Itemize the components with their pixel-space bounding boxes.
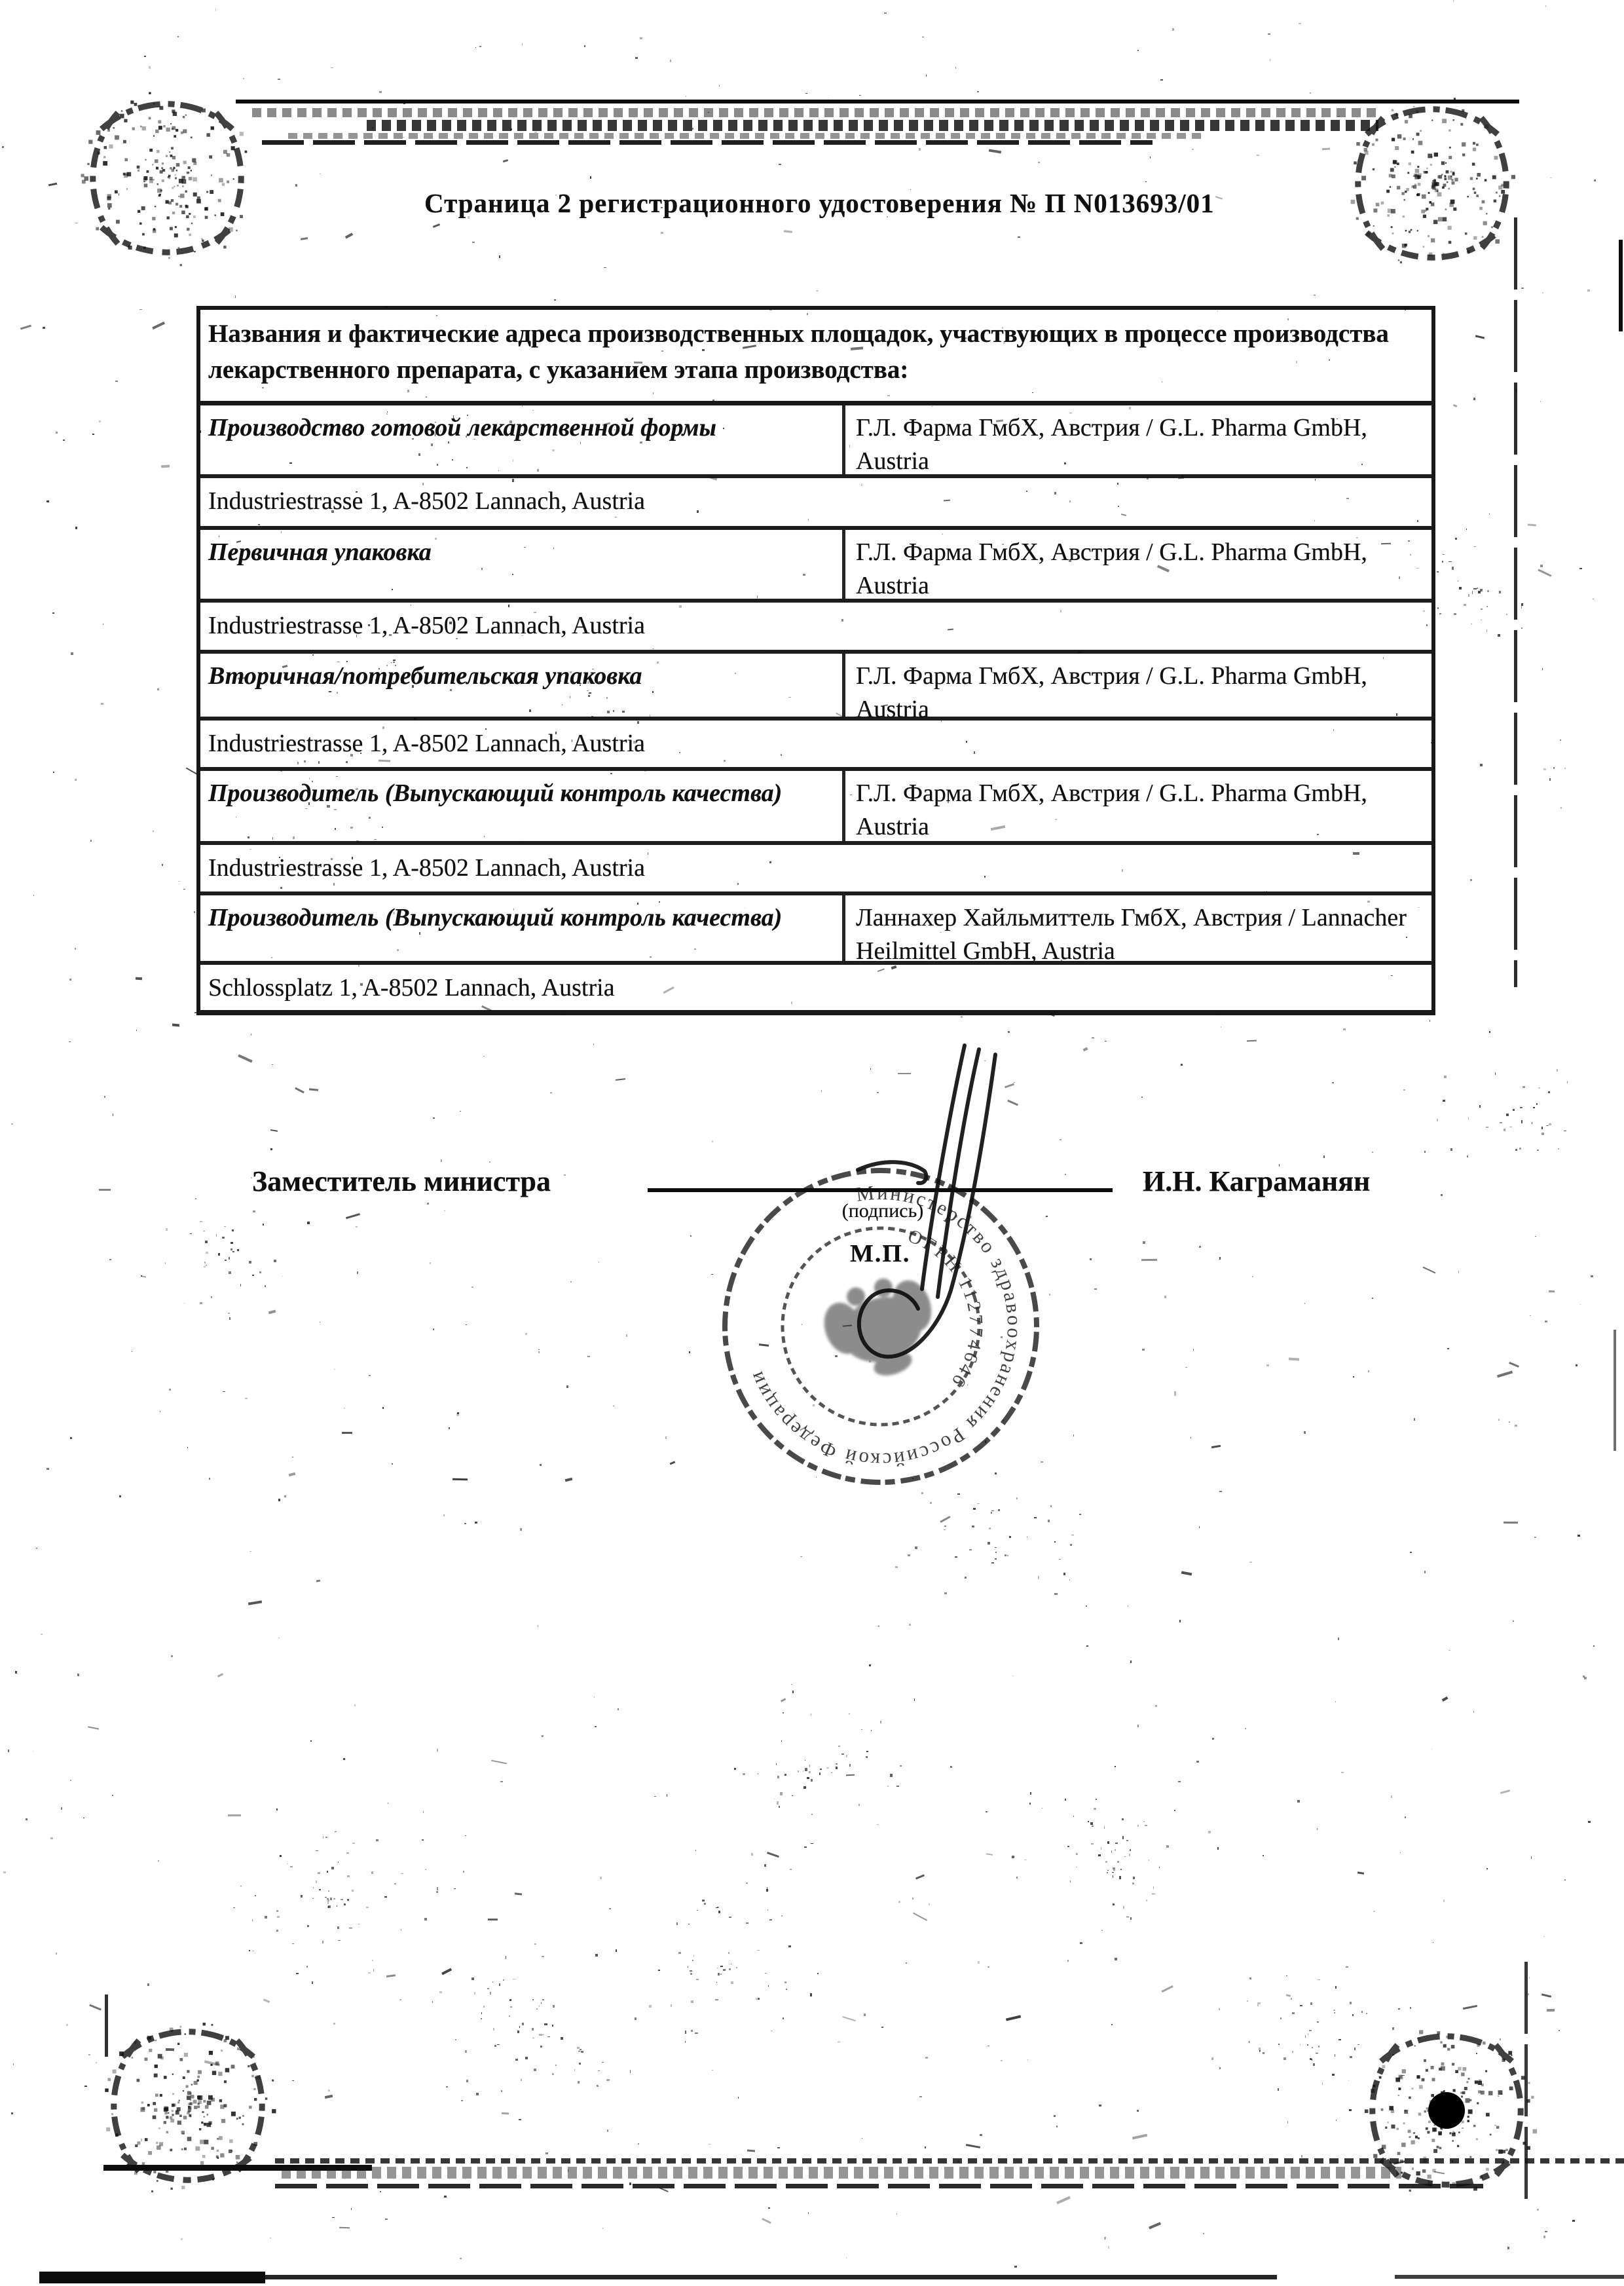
right-edge-line [1619, 240, 1623, 331]
manufacturer-cell: Г.Л. Фарма ГмбХ, Австрия / G.L. Pharma G… [845, 771, 1431, 841]
bottom-border-noise-strip [275, 2158, 1624, 2164]
left-margin-line [105, 1995, 108, 2057]
table-row-address: Industriestrasse 1, A-8502 Lannach, Aust… [200, 603, 1431, 654]
signatory-post: Заместитель министра [252, 1165, 551, 1198]
guilloche-rosette-top-right [1321, 72, 1543, 295]
scan-edge-line [1395, 2275, 1624, 2279]
guilloche-rosette-bottom-left [77, 1995, 299, 2217]
stage-cell: Производитель (Выпускающий контроль каче… [200, 771, 845, 841]
table-row-address: Industriestrasse 1, A-8502 Lannach, Aust… [200, 845, 1431, 895]
table-header: Названия и фактические адреса производст… [200, 310, 1431, 405]
table-row: Производство готовой лекарственной формы… [200, 405, 1431, 478]
table-row: Вторичная/потребительская упаковка Г.Л. … [200, 654, 1431, 721]
right-margin-vertical-line [1514, 217, 1517, 987]
manufacturing-sites-table: Названия и фактические адреса производст… [196, 306, 1435, 1015]
handwritten-signature [753, 1009, 1172, 1415]
punch-hole-dot [1428, 2092, 1465, 2129]
table-row: Первичная упаковка Г.Л. Фарма ГмбХ, Авст… [200, 530, 1431, 603]
stage-cell: Производство готовой лекарственной формы [200, 405, 845, 474]
manufacturer-cell: Ланнахер Хайльмиттель ГмбХ, Австрия / La… [845, 895, 1431, 961]
signatory-name: И.Н. Каграманян [1143, 1165, 1370, 1198]
stage-cell: Вторичная/потребительская упаковка [200, 654, 845, 717]
scan-edge-bar [39, 2272, 265, 2283]
table-row-address: Industriestrasse 1, A-8502 Lannach, Aust… [200, 721, 1431, 771]
guilloche-rosette-top-left [56, 67, 278, 290]
page-title: Страница 2 регистрационного удостоверени… [424, 187, 1446, 219]
manufacturer-cell: Г.Л. Фарма ГмбХ, Австрия / G.L. Pharma G… [845, 654, 1431, 717]
scan-edge-line [265, 2275, 1277, 2279]
table-row-address: Industriestrasse 1, A-8502 Lannach, Aust… [200, 478, 1431, 530]
scanned-certificate-page: Страница 2 регистрационного удостоверени… [0, 0, 1624, 2286]
bottom-border-bottom-line [275, 2184, 1483, 2188]
table-row: Производитель (Выпускающий контроль каче… [200, 895, 1431, 965]
manufacturer-cell: Г.Л. Фарма ГмбХ, Австрия / G.L. Pharma G… [845, 405, 1431, 474]
top-border-bottom-line [262, 140, 1153, 145]
bottom-border-noise-strip [282, 2167, 1401, 2179]
stage-cell: Производитель (Выпускающий контроль каче… [200, 895, 845, 961]
table-row-address: Schlossplatz 1, A-8502 Lannach, Austria [200, 965, 1431, 1010]
top-border-noise-strip [252, 108, 1378, 117]
manufacturer-cell: Г.Л. Фарма ГмбХ, Австрия / G.L. Pharma G… [845, 530, 1431, 599]
table-row: Производитель (Выпускающий контроль каче… [200, 771, 1431, 845]
top-border-noise-strip [367, 120, 1378, 131]
right-margin-mark [1614, 1330, 1616, 1451]
stage-cell: Первичная упаковка [200, 530, 845, 599]
top-border-noise-strip [288, 133, 1205, 139]
